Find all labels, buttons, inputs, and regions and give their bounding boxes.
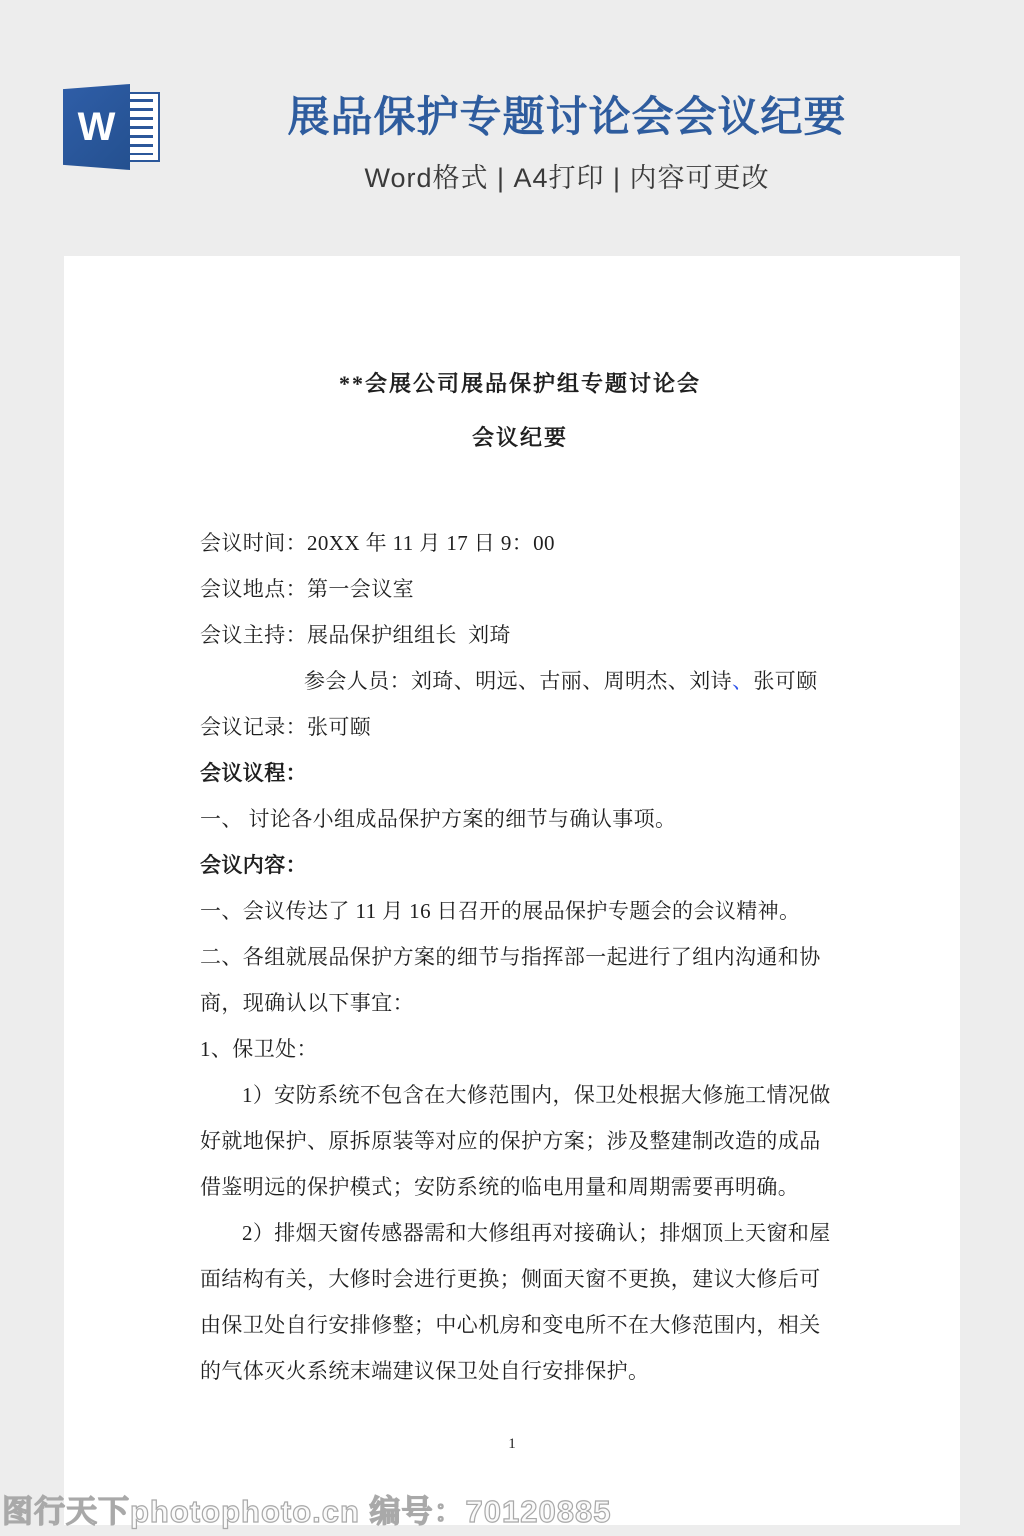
doc-line: 借鉴明远的保护模式；安防系统的临电用量和周期需要再明确。: [200, 1164, 840, 1210]
doc-line-segment: 参会人员：刘琦、明远、古丽、周明杰、刘诗: [304, 669, 732, 693]
doc-title-line: **会展公司展品保护组专题讨论会: [200, 368, 840, 400]
doc-line: 的气体灭火系统末端建议保卫处自行安排保护。: [200, 1348, 840, 1394]
doc-line: 1）安防系统不包含在大修范围内，保卫处根据大修施工情况做: [200, 1072, 840, 1118]
doc-line: 会议内容：: [200, 842, 840, 888]
doc-line-highlight: 、: [732, 669, 753, 693]
doc-line: 会议记录：张可颐: [200, 704, 840, 750]
header: W 展品保护专题讨论会会议纪要 Word格式 | A4打印 | 内容可更改: [0, 0, 1024, 256]
doc-line-segment: 张可颐: [753, 669, 817, 693]
doc-line: 好就地保护、原拆原装等对应的保护方案；涉及整建制改造的成品: [200, 1118, 840, 1164]
doc-line: 会议主持：展品保护组组长 刘琦: [200, 612, 840, 658]
doc-line: 一、会议传达了 11 月 16 日召开的展品保护专题会的会议精神。: [200, 888, 840, 934]
doc-body: **会展公司展品保护组专题讨论会会议纪要会议时间：20XX 年 11 月 17 …: [64, 256, 960, 1394]
doc-line: 一、 讨论各小组成品保护方案的细节与确认事项。: [200, 796, 840, 842]
page-title: 展品保护专题讨论会会议纪要: [110, 92, 1024, 142]
doc-line: 由保卫处自行安排修整；中心机房和变电所不在大修范围内，相关: [200, 1302, 840, 1348]
doc-line: 面结构有关，大修时会进行更换；侧面天窗不更换，建议大修后可: [200, 1256, 840, 1302]
doc-line: 2）排烟天窗传感器需和大修组再对接确认；排烟顶上天窗和屋: [200, 1210, 840, 1256]
doc-line: 会议议程：: [200, 750, 840, 796]
page-number: 1: [64, 1436, 960, 1453]
doc-title-line: 会议纪要: [200, 422, 840, 454]
document-page: **会展公司展品保护组专题讨论会会议纪要会议时间：20XX 年 11 月 17 …: [64, 256, 960, 1525]
doc-line: 商，现确认以下事宜：: [200, 980, 840, 1026]
header-text: 展品保护专题讨论会会议纪要 Word格式 | A4打印 | 内容可更改: [110, 92, 1024, 195]
doc-line: 二、各组就展品保护方案的细节与指挥部一起进行了组内沟通和协: [200, 934, 840, 980]
preview-canvas: W 展品保护专题讨论会会议纪要 Word格式 | A4打印 | 内容可更改 **…: [0, 0, 1024, 1536]
doc-line: 会议地点：第一会议室: [200, 566, 840, 612]
doc-line: 参会人员：刘琦、明远、古丽、周明杰、刘诗、张可颐: [200, 658, 840, 704]
doc-line: 会议时间：20XX 年 11 月 17 日 9：00: [200, 520, 840, 566]
watermark: 图行天下photophoto.cn 编号：70120885: [2, 1486, 611, 1531]
page-subtitle: Word格式 | A4打印 | 内容可更改: [110, 156, 1024, 195]
doc-line: 1、保卫处：: [200, 1026, 840, 1072]
